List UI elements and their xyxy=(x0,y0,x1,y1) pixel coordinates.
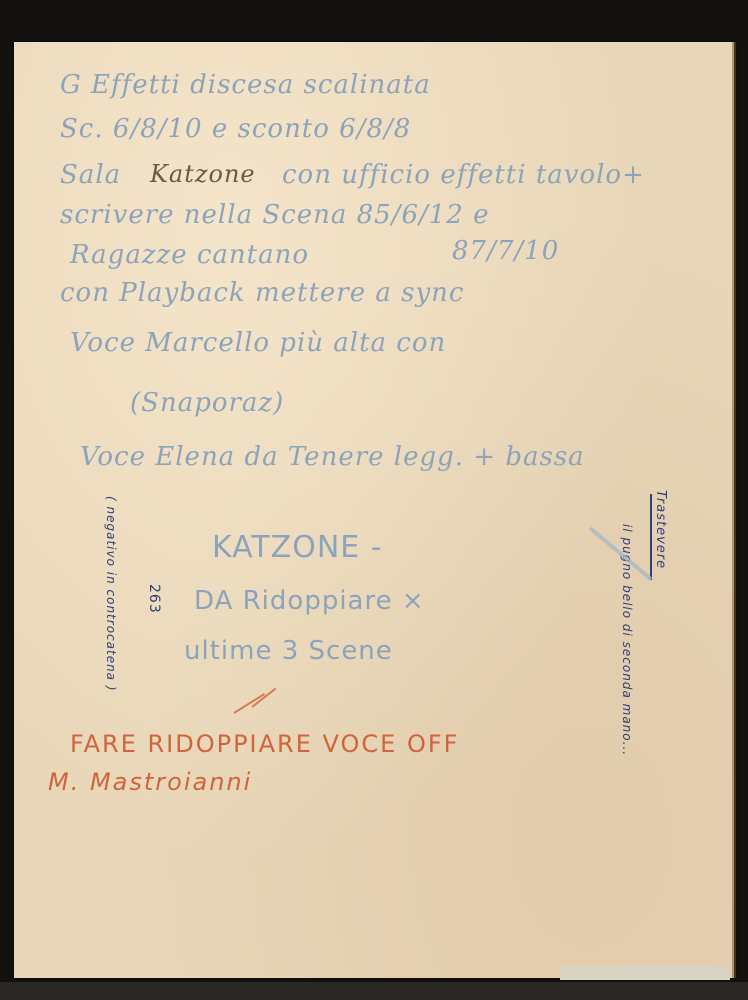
right-vertical-heading: Trastevere xyxy=(653,490,668,569)
note-line-3-start: Sala xyxy=(60,160,121,190)
left-vertical-number: 263 xyxy=(146,584,162,614)
struck-name: Katzone xyxy=(150,160,256,188)
center-line-2: DA Ridoppiare × xyxy=(194,586,425,616)
note-line-8: (Snaporaz) xyxy=(130,388,284,418)
center-line-3: ultime 3 Scene xyxy=(184,636,393,666)
red-note-line-2: M. Mastroianni xyxy=(48,768,252,796)
center-title: KATZONE - xyxy=(212,530,383,565)
note-line-4: scrivere nella Scena 85/6/12 e xyxy=(60,200,489,230)
red-note-line-1: FARE RIDOPPIARE VOCE OFF xyxy=(70,730,459,758)
note-line-2: Sc. 6/8/10 e sconto 6/8/8 xyxy=(60,114,411,144)
note-line-1: G Effetti discesa scalinata xyxy=(60,70,431,100)
note-line-3-end: con ufficio effetti tavolo+ xyxy=(282,160,645,190)
note-line-9: Voce Elena da Tenere legg. + bassa xyxy=(80,442,585,472)
note-line-6: con Playback mettere a sync xyxy=(60,278,464,308)
torn-paper-edge xyxy=(560,966,730,980)
left-vertical-note: ( negativo in controcatena ) xyxy=(104,496,118,692)
note-line-5-end: 87/7/10 xyxy=(452,236,559,266)
note-line-5-start: Ragazze cantano xyxy=(70,240,309,270)
background-strip xyxy=(0,982,748,1000)
note-line-7: Voce Marcello più alta con xyxy=(70,328,446,358)
heading-underline xyxy=(650,494,652,580)
